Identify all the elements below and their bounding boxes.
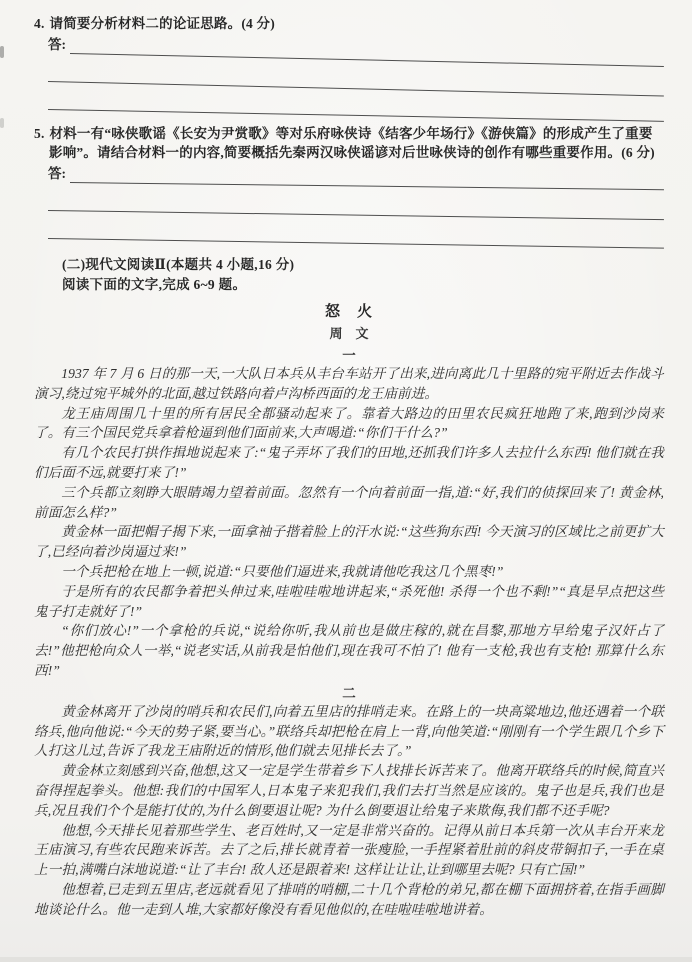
- question-4-answer-area: 答:: [48, 33, 664, 54]
- passage-body: 一 1937 年 7 月 6 日的那一天,一大队日本兵从丰台车站开了出来,进向离…: [34, 348, 664, 920]
- exam-page: 4.请简要分析材料二的论证思路。(4 分) 答: 5.材料一有“咏侠歌谣《长安为…: [0, 0, 692, 962]
- question-4: 4.请简要分析材料二的论证思路。(4 分) 答:: [34, 14, 664, 110]
- question-5: 5.材料一有“咏侠歌谣《长安为尹赏歌》等对乐府咏侠诗《结客少年场行》《游侠篇》的…: [34, 124, 664, 239]
- question-5-text: 5.材料一有“咏侠歌谣《长安为尹赏歌》等对乐府咏侠诗《结客少年场行》《游侠篇》的…: [34, 124, 664, 162]
- passage-paragraph: 1937 年 7 月 6 日的那一天,一大队日本兵从丰台车站开了出来,进向离此几…: [34, 364, 664, 404]
- part-marker-one: 一: [34, 348, 664, 364]
- passage-paragraph: 黄金林立刻感到兴奋,他想,这又一定是学生带着乡下人找排长诉苦来了。他离开联络兵的…: [34, 761, 664, 820]
- passage-paragraph: 有几个农民打拱作揖地说起来了:“鬼子弄坏了我们的田地,还抓我们许多人去拉什么东西…: [34, 443, 664, 483]
- answer-label: 答:: [48, 164, 70, 183]
- passage-paragraph: 于是所有的农民都争着把头伸过来,哇啦哇啦地讲起来,“杀死他! 杀得一个也不剩!”…: [34, 582, 664, 622]
- scan-bottom-edge: [0, 957, 692, 962]
- question-5-number: 5.: [34, 126, 45, 141]
- question-4-body: 请简要分析材料二的论证思路。(4 分): [50, 16, 275, 31]
- question-5-answer-area: 答:: [48, 162, 664, 183]
- passage-title: 怒 火: [34, 302, 664, 322]
- question-5-body: 材料一有“咏侠歌谣《长安为尹赏歌》等对乐府咏侠诗《结客少年场行》《游侠篇》的形成…: [49, 126, 655, 160]
- passage-paragraph: 一个兵把枪在地上一顿,说道:“只要他们逼进来,我就请他吃我这几个黑枣!”: [34, 562, 664, 582]
- passage-paragraph: 三个兵都立刻睁大眼睛竭力望着前面。忽然有一个向着前面一指,道:“好,我们的侦探回…: [34, 483, 664, 523]
- passage-paragraph: 他想着,已走到五里店,老远就看见了排哨的哨棚,二十几个背枪的弟兄,都在棚下面拥挤…: [34, 880, 664, 920]
- passage-paragraph: 黄金林一面把帽子揭下来,一面拿袖子揩着脸上的汗水说:“这些狗东西! 今天演习的区…: [34, 522, 664, 562]
- passage-author: 周 文: [34, 325, 664, 343]
- section-heading: (二)现代文阅读Ⅱ(本题共 4 小题,16 分): [62, 255, 664, 275]
- question-4-text: 4.请简要分析材料二的论证思路。(4 分): [34, 14, 664, 33]
- passage-paragraph: 他想,今天排长见着那些学生、老百姓时,又一定是非常兴奋的。记得从前日本兵第一次从…: [34, 821, 664, 880]
- passage-paragraph: 龙王庙周围几十里的所有居民全都骚动起来了。靠着大路边的田里农民疯狂地跑了来,跑到…: [34, 404, 664, 444]
- scan-artifact: [0, 46, 4, 58]
- passage-paragraph: “你们放心!”一个拿枪的兵说,“说给你听,我从前也是做庄稼的,就在昌黎,那地方早…: [34, 621, 664, 680]
- question-4-number: 4.: [34, 16, 45, 31]
- reading-section: (二)现代文阅读Ⅱ(本题共 4 小题,16 分) 阅读下面的文字,完成 6~9 …: [34, 255, 664, 343]
- answer-label: 答:: [48, 35, 70, 54]
- reading-instruction: 阅读下面的文字,完成 6~9 题。: [62, 275, 664, 295]
- scan-artifact: [0, 118, 4, 128]
- part-marker-two: 二: [34, 686, 664, 702]
- passage-paragraph: 黄金林离开了沙岗的哨兵和农民们,向着五里店的排哨走来。在路上的一块高粱地边,他还…: [34, 702, 664, 761]
